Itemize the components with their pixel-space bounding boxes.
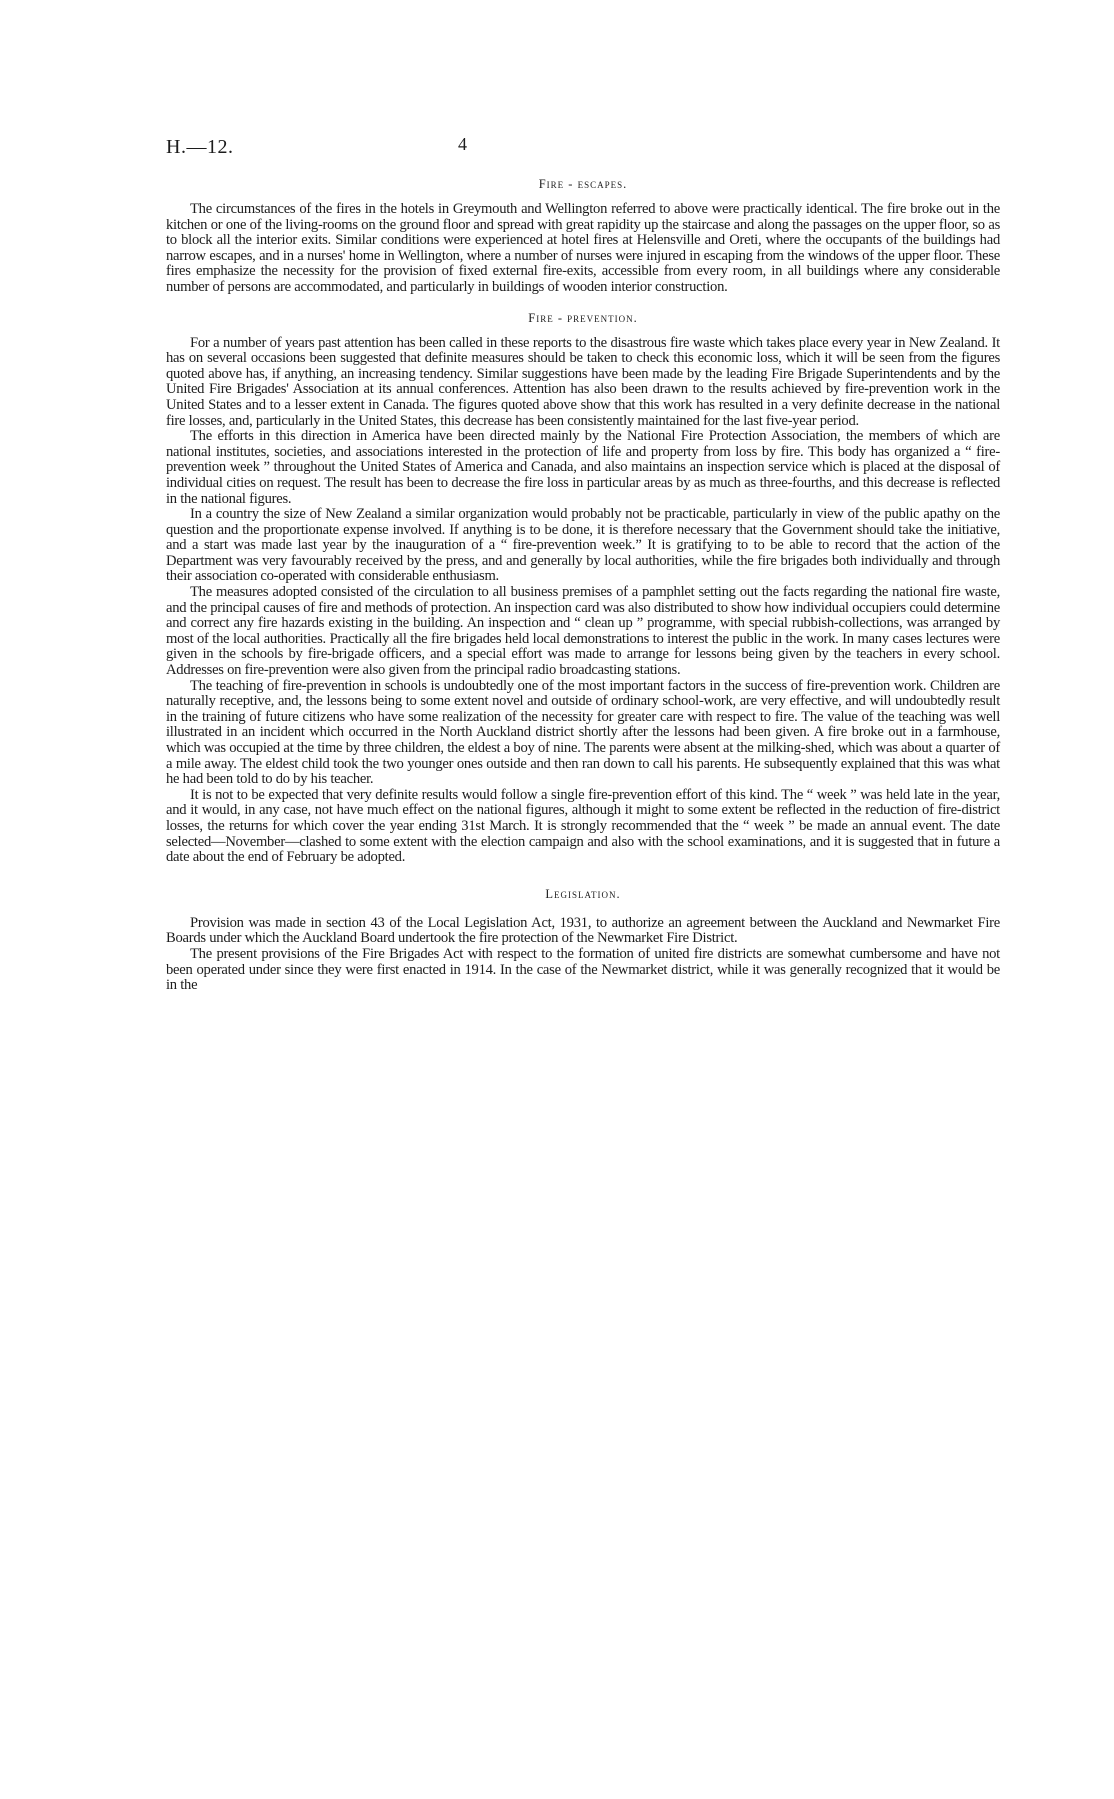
paragraph: In a country the size of New Zealand a s…	[166, 507, 1000, 585]
paragraph: The measures adopted consisted of the ci…	[166, 585, 1000, 679]
section-heading: Fire - escapes.	[166, 176, 1000, 192]
paragraph: The teaching of fire-prevention in schoo…	[166, 679, 1000, 788]
paragraph: It is not to be expected that very defin…	[166, 788, 1000, 866]
section-heading: Fire - prevention.	[166, 310, 1000, 326]
section-fire-prevention: Fire - prevention. For a number of years…	[166, 310, 1000, 866]
page-number: 4	[458, 134, 467, 155]
paragraph: The efforts in this direction in America…	[166, 429, 1000, 507]
paragraph: The present provisions of the Fire Briga…	[166, 947, 1000, 994]
document-body: Fire - escapes. The circumstances of the…	[166, 176, 1000, 1010]
paragraph: For a number of years past attention has…	[166, 336, 1000, 430]
section-legislation: Legislation. Provision was made in secti…	[166, 886, 1000, 994]
section-fire-escapes: Fire - escapes. The circumstances of the…	[166, 176, 1000, 296]
document-reference: H.—12.	[166, 136, 233, 159]
section-heading: Legislation.	[166, 886, 1000, 902]
paragraph: The circumstances of the fires in the ho…	[166, 202, 1000, 296]
paragraph: Provision was made in section 43 of the …	[166, 916, 1000, 947]
